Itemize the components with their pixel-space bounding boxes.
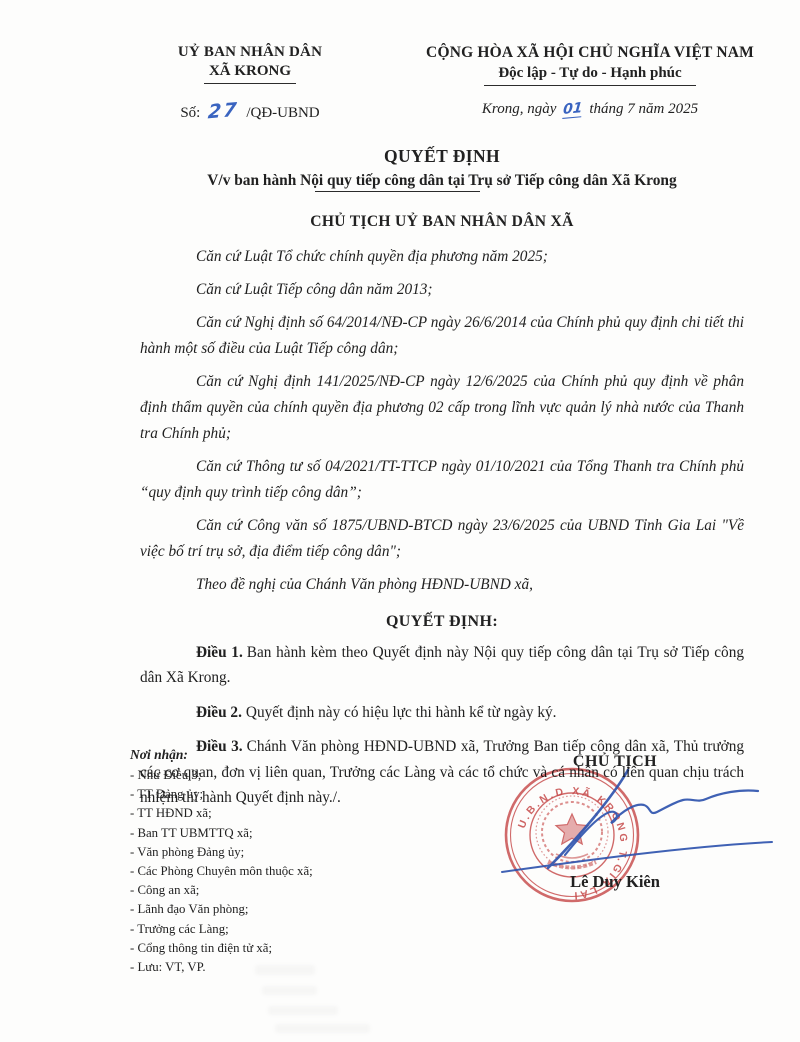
- official-seal-and-signature: U.B.N.D XÃ KRONG T.GIA LAI: [460, 742, 780, 992]
- document-number-suffix: /QĐ-UBND: [246, 105, 319, 121]
- signer-name: Lê Duy Kiên: [505, 872, 725, 892]
- recipient-item: - Như Điều 3;: [130, 766, 460, 785]
- article-1-label: Điều 1.: [196, 644, 243, 661]
- dateline-prefix: Krong, ngày: [482, 101, 556, 117]
- preamble-paragraph: Căn cứ Luật Tổ chức chính quyền địa phươ…: [140, 244, 744, 270]
- document-body: QUYẾT ĐỊNH V/v ban hành Nội quy tiếp côn…: [140, 146, 744, 810]
- subject-underline: [315, 191, 480, 192]
- scan-bleed-artifact: [268, 1006, 338, 1015]
- issuer-name-line2: XÃ KRONG: [120, 63, 380, 80]
- issuer-underline: [204, 83, 296, 84]
- document-number-label: Số:: [180, 105, 200, 121]
- preamble-paragraph: Căn cứ Nghị định 141/2025/NĐ-CP ngày 12/…: [140, 369, 744, 447]
- document-number-handwritten: 27: [207, 99, 239, 124]
- preamble-paragraph: Căn cứ Luật Tiếp công dân năm 2013;: [140, 277, 744, 303]
- preamble-paragraph: Căn cứ Công văn số 1875/UBND-BTCD ngày 2…: [140, 513, 744, 565]
- authority-line: CHỦ TỊCH UỶ BAN NHÂN DÂN XÃ: [140, 213, 744, 231]
- preamble-paragraph: Căn cứ Thông tư số 04/2021/TT-TTCP ngày …: [140, 454, 744, 506]
- issuing-authority-block: UỶ BAN NHÂN DÂN XÃ KRONG Số: 27 /QĐ-UBND: [120, 44, 380, 122]
- issuer-name-line1: UỶ BAN NHÂN DÂN: [120, 44, 380, 61]
- scan-bleed-artifact: [275, 1024, 370, 1033]
- national-motto-block: CỘNG HÒA XÃ HỘI CHỦ NGHĨA VIỆT NAM Độc l…: [390, 44, 790, 122]
- place-date-line: Krong, ngày 01 tháng 7 năm 2025: [390, 101, 790, 118]
- dateline-day-handwritten: 01: [562, 100, 583, 119]
- recipient-item: - TT Đảng ủy;: [130, 785, 460, 804]
- recipient-item: - Các Phòng Chuyên môn thuộc xã;: [130, 862, 460, 881]
- document-header: UỶ BAN NHÂN DÂN XÃ KRONG Số: 27 /QĐ-UBND…: [0, 44, 800, 122]
- article-2: Điều 2.Quyết định này có hiệu lực thi hà…: [140, 700, 744, 725]
- article-2-text: Quyết định này có hiệu lực thi hành kể t…: [246, 704, 557, 721]
- scanned-decision-document: UỶ BAN NHÂN DÂN XÃ KRONG Số: 27 /QĐ-UBND…: [0, 0, 800, 1042]
- recipient-item: - Lãnh đạo Văn phòng;: [130, 900, 460, 919]
- document-title: QUYẾT ĐỊNH: [140, 146, 744, 167]
- motto-underline: [484, 85, 696, 86]
- document-subject: V/v ban hành Nội quy tiếp công dân tại T…: [140, 172, 744, 190]
- preamble-section: Căn cứ Luật Tổ chức chính quyền địa phươ…: [140, 244, 744, 598]
- recipient-item: - Công an xã;: [130, 881, 460, 900]
- article-2-label: Điều 2.: [196, 704, 242, 721]
- preamble-paragraph: Theo đề nghị của Chánh Văn phòng HĐND-UB…: [140, 572, 744, 598]
- scan-bleed-artifact: [262, 986, 317, 995]
- national-motto-line1: CỘNG HÒA XÃ HỘI CHỦ NGHĨA VIỆT NAM: [390, 44, 790, 62]
- scan-bleed-artifact: [255, 965, 315, 975]
- dateline-suffix: tháng 7 năm 2025: [589, 101, 698, 117]
- recipient-item: - Ban TT UBMTTQ xã;: [130, 824, 460, 843]
- decision-heading: QUYẾT ĐỊNH:: [140, 613, 744, 631]
- preamble-paragraph: Căn cứ Nghị định số 64/2014/NĐ-CP ngày 2…: [140, 310, 744, 362]
- recipient-item: - Văn phòng Đảng ủy;: [130, 843, 460, 862]
- national-motto-line2: Độc lập - Tự do - Hạnh phúc: [390, 65, 790, 82]
- recipients-block: Nơi nhận: - Như Điều 3; - TT Đảng ủy; - …: [130, 747, 460, 977]
- article-1: Điều 1.Ban hành kèm theo Quyết định này …: [140, 640, 744, 691]
- recipient-item: - Trưởng các Làng;: [130, 920, 460, 939]
- document-number-line: Số: 27 /QĐ-UBND: [120, 100, 380, 122]
- recipients-heading: Nơi nhận:: [130, 747, 460, 763]
- recipient-item: - Cổng thông tin điện tử xã;: [130, 939, 460, 958]
- recipient-item: - TT HĐND xã;: [130, 804, 460, 823]
- signature-block: CHỦ TỊCH U.B.N.D XÃ KRONG T.GIA LAI: [460, 742, 780, 992]
